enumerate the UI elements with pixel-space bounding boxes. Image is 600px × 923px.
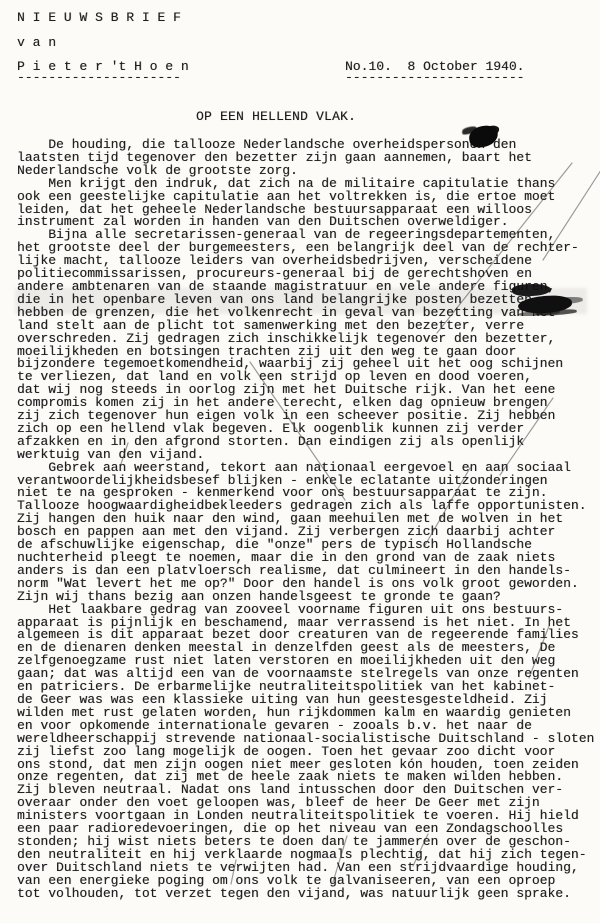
- article-body: De houding, die tallooze Nederlandsche o…: [17, 139, 594, 900]
- article-title: OP EEN HELLEND VLAK.: [196, 110, 356, 123]
- newsletter-page: N I E U W S B R I E F v a n P i e t e r …: [0, 0, 600, 923]
- masthead-title: N I E U W S B R I E F: [17, 11, 181, 24]
- issue-underline: -----------------------: [345, 71, 524, 84]
- masthead-van: v a n: [17, 36, 56, 49]
- masthead-underline: ---------------------: [17, 71, 181, 84]
